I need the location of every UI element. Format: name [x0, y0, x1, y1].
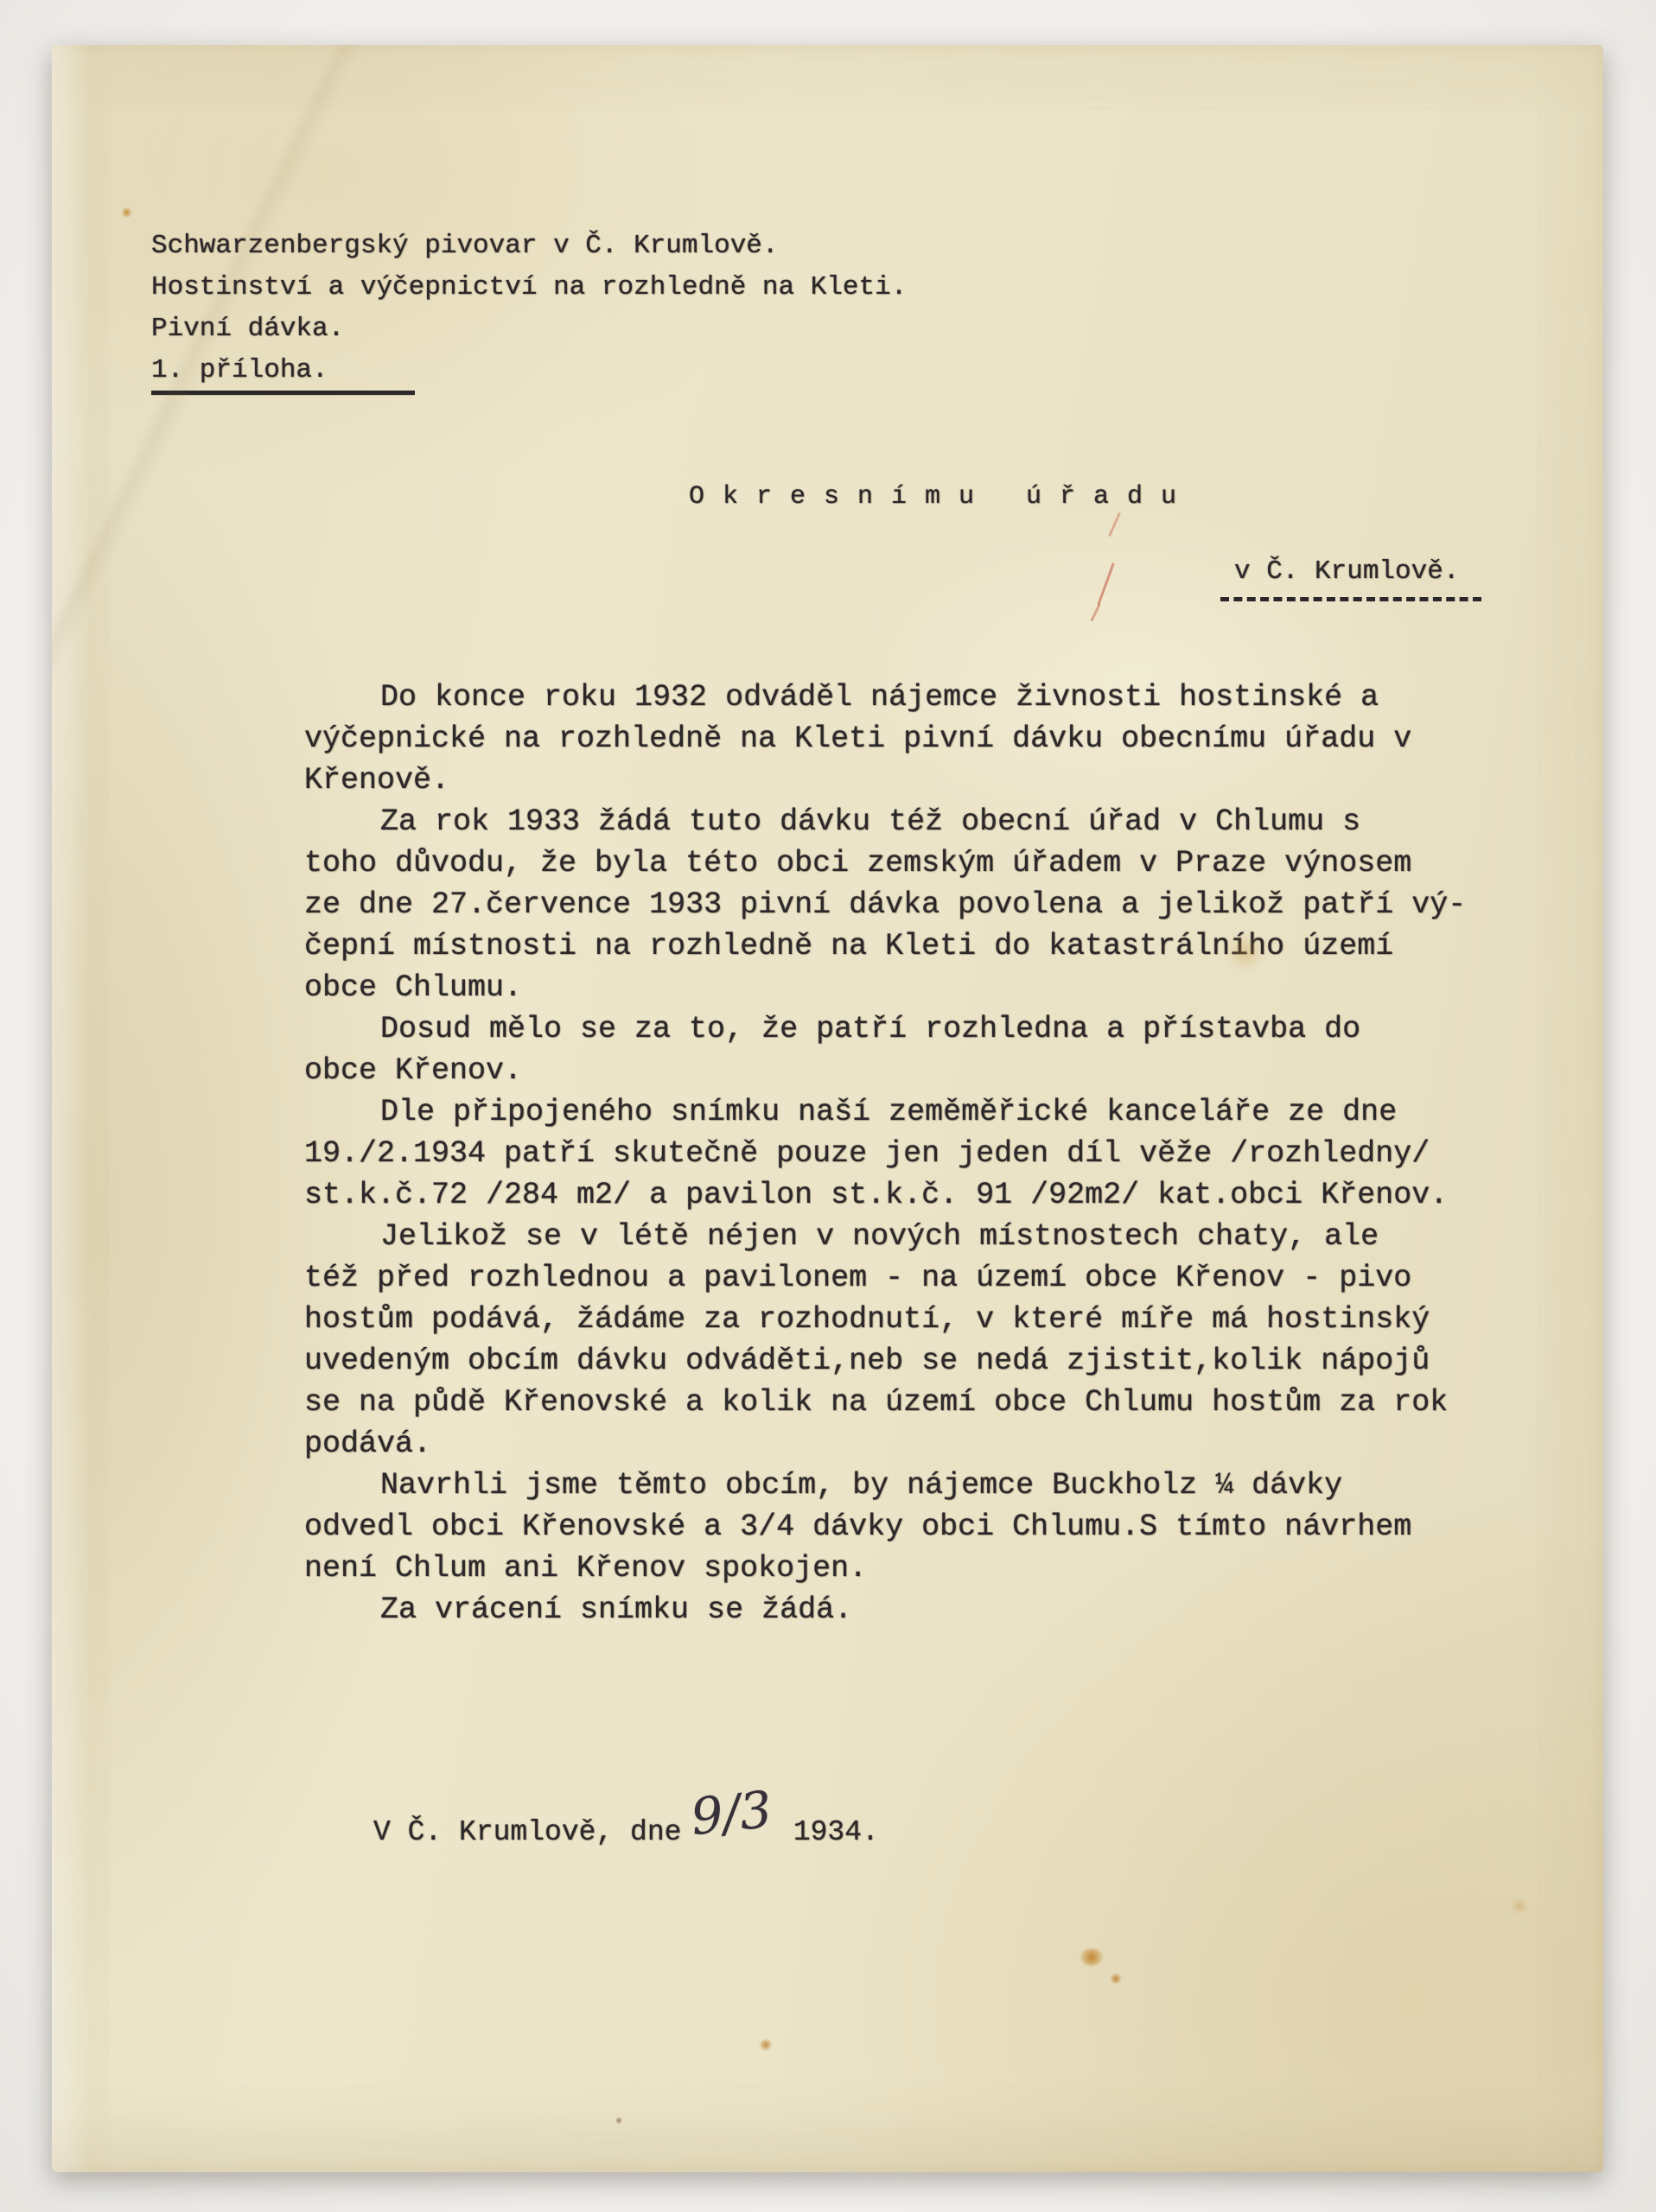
- sender-line-attachment: 1. příloha.: [151, 347, 907, 389]
- text-line: obce Křenov.: [304, 1050, 1466, 1091]
- sender-block: Schwarzenbergský pivovar v Č. Krumlově. …: [151, 223, 907, 389]
- pencil-mark: [1108, 512, 1121, 537]
- text-line: též před rozhlednou a pavilonem - na úze…: [304, 1257, 1466, 1299]
- text-line: čepní místnosti na rozhledně na Kleti do…: [304, 925, 1466, 967]
- recipient-heading: Okresnímu úřadu: [689, 482, 1194, 512]
- stain: [1080, 1948, 1103, 1966]
- recipient-place-text: v Č. Krumlově.: [1220, 556, 1481, 601]
- letter-body: Do konce roku 1932 odváděl nájemce živno…: [304, 677, 1466, 1630]
- sender-line: Schwarzenbergský pivovar v Č. Krumlově.: [151, 223, 907, 264]
- stain: [121, 207, 132, 218]
- sender-line: Pivní dávka.: [151, 306, 907, 347]
- stain: [1511, 1899, 1528, 1913]
- date-year: 1934.: [793, 1816, 879, 1848]
- text-line: Navrhli jsme těmto obcím, by nájemce Buc…: [304, 1465, 1466, 1506]
- text-line: Dosud mělo se za to, že patří rozhledna …: [304, 1008, 1466, 1050]
- text-line: výčepnické na rozhledně na Kleti pivní d…: [304, 718, 1466, 760]
- text-line: 19./2.1934 patří skutečně pouze jen jede…: [304, 1133, 1466, 1174]
- text-line: odvedl obci Křenovské a 3/4 dávky obci C…: [304, 1506, 1466, 1548]
- text-line: hostům podává, žádáme za rozhodnutí, v k…: [304, 1299, 1466, 1340]
- pencil-mark: [1097, 563, 1115, 606]
- attachment-label: 1. příloha.: [151, 355, 415, 395]
- text-line: není Chlum ani Křenov spokojen.: [304, 1548, 1466, 1589]
- text-line: Za vrácení snímku se žádá.: [304, 1589, 1466, 1630]
- text-line: st.k.č.72 /284 m2/ a pavilon st.k.č. 91 …: [304, 1174, 1466, 1216]
- stain: [759, 2039, 773, 2050]
- text-line: Křenově.: [304, 760, 1466, 801]
- document-page: Schwarzenbergský pivovar v Č. Krumlově. …: [52, 45, 1603, 2172]
- handwritten-date: 9/3: [689, 1780, 775, 1847]
- text-line: Do konce roku 1932 odváděl nájemce živno…: [304, 677, 1466, 718]
- text-line: ze dne 27.července 1933 pivní dávka povo…: [304, 884, 1466, 925]
- stain: [615, 2117, 622, 2124]
- text-line: Jelikož se v létě néjen v nových místnos…: [304, 1216, 1466, 1257]
- text-line: podává.: [304, 1423, 1466, 1465]
- recipient-place: v Č. Krumlově.: [1220, 556, 1481, 601]
- date-line: V Č. Krumlově, dne9/31934.: [373, 1793, 879, 1852]
- date-place-prefix: V Č. Krumlově, dne: [373, 1816, 681, 1848]
- stain: [1110, 1974, 1122, 1984]
- text-line: obce Chlumu.: [304, 967, 1466, 1008]
- text-line: se na půdě Křenovské a kolik na území ob…: [304, 1382, 1466, 1423]
- text-line: Za rok 1933 žádá tuto dávku též obecní ú…: [304, 801, 1466, 842]
- sender-line: Hostinství a výčepnictví na rozhledně na…: [151, 264, 907, 306]
- text-line: toho důvodu, že byla této obci zemským ú…: [304, 842, 1466, 884]
- pencil-mark: [1090, 603, 1100, 621]
- text-line: Dle připojeného snímku naší zeměměřické …: [304, 1091, 1466, 1133]
- text-line: uvedeným obcím dávku odváděti,neb se ned…: [304, 1340, 1466, 1382]
